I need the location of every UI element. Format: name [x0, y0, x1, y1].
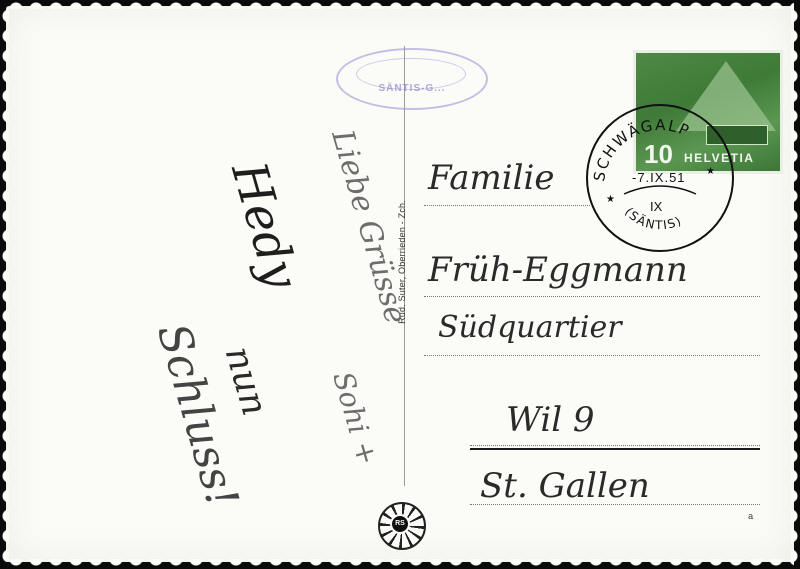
message-name: Hedy: [220, 156, 309, 295]
faint-cachet-stamp: SÄNTIS-G...: [336, 48, 488, 110]
scalloped-edge-bottom: [6, 559, 794, 567]
scalloped-edge-left: [1, 6, 9, 562]
logo-core: RS: [390, 514, 410, 534]
cachet-text: SÄNTIS-G...: [338, 83, 486, 94]
address-city: Wil 9: [506, 400, 595, 440]
publisher-logo-icon: RS: [378, 502, 426, 550]
svg-text:★: ★: [606, 194, 615, 205]
address-line-1: [424, 205, 594, 206]
address-surname: Früh-Eggmann: [428, 250, 688, 290]
address-underline: [470, 448, 760, 450]
postcard-back: SÄNTIS-G... Rud. Suter, Oberrieden - Zch…: [6, 6, 794, 562]
postmark-date: -7.IX.51: [632, 170, 686, 185]
scalloped-edge-top: [6, 1, 794, 9]
address-line-2: [424, 296, 760, 297]
svg-text:★: ★: [706, 166, 715, 177]
corner-mark: a: [748, 512, 753, 522]
postmark: SCHWÄGALP (SÄNTIS) ★ ★ -7.IX.51 IX: [586, 104, 734, 252]
message-word: nun: [217, 342, 276, 420]
message-signoff: Sohi +: [326, 368, 384, 469]
address-line-4: [470, 445, 760, 446]
address-canton: St. Gallen: [480, 466, 650, 506]
address-name: Familie: [428, 158, 555, 198]
address-line-3: [424, 355, 760, 356]
postmark-number: IX: [650, 199, 662, 214]
scalloped-edge-right: [791, 6, 799, 562]
message-closing: Schluss!: [147, 318, 248, 513]
address-street: Südquartier: [438, 310, 622, 345]
